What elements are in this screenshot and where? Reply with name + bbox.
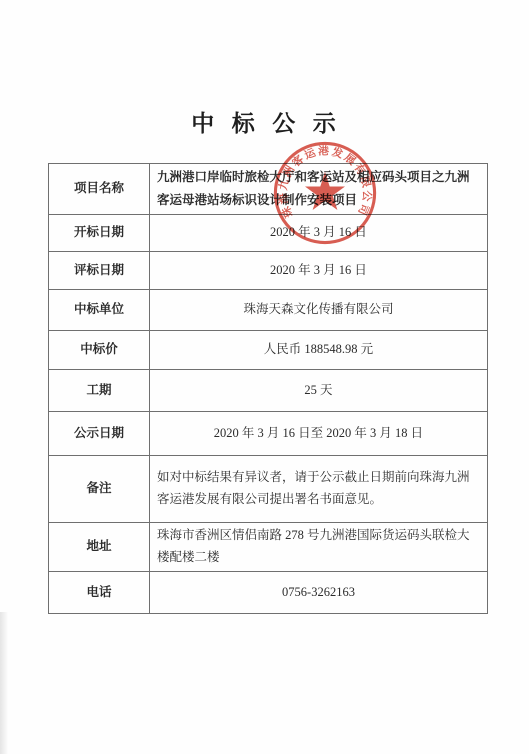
row-label: 项目名称 bbox=[49, 164, 150, 215]
row-value: 2020 年 3 月 16 日 bbox=[150, 252, 488, 290]
table-row-address: 地址 珠海市香洲区情侣南路 278 号九洲港国际货运码头联检大楼配楼二楼 bbox=[49, 523, 488, 572]
row-value: 珠海市香洲区情侣南路 278 号九洲港国际货运码头联检大楼配楼二楼 bbox=[150, 523, 488, 572]
row-label: 公示日期 bbox=[49, 412, 150, 456]
row-label: 地址 bbox=[49, 523, 150, 572]
row-value: 2020 年 3 月 16 日至 2020 年 3 月 18 日 bbox=[150, 412, 488, 456]
row-value: 2020 年 3 月 16 日 bbox=[150, 215, 488, 252]
row-value: 如对中标结果有异议者，请于公示截止日期前向珠海九洲客运港发展有限公司提出署名书面… bbox=[150, 456, 488, 523]
row-value: 九洲港口岸临时旅检大厅和客运站及相应码头项目之九洲客运母港站场标识设计制作安装项… bbox=[150, 164, 488, 215]
scan-edge-artifact bbox=[0, 612, 8, 754]
table-row-winning-price: 中标价 人民币 188548.98 元 bbox=[49, 331, 488, 370]
table-row-duration: 工期 25 天 bbox=[49, 370, 488, 412]
row-label: 电话 bbox=[49, 572, 150, 614]
table-row-project-name: 项目名称 九洲港口岸临时旅检大厅和客运站及相应码头项目之九洲客运母港站场标识设计… bbox=[49, 164, 488, 215]
row-value: 珠海天森文化传播有限公司 bbox=[150, 290, 488, 331]
table-row-remarks: 备注 如对中标结果有异议者，请于公示截止日期前向珠海九洲客运港发展有限公司提出署… bbox=[49, 456, 488, 523]
bid-announcement-table: 项目名称 九洲港口岸临时旅检大厅和客运站及相应码头项目之九洲客运母港站场标识设计… bbox=[48, 163, 488, 614]
row-label: 中标价 bbox=[49, 331, 150, 370]
page-title: 中 标 公 示 bbox=[0, 105, 529, 138]
table-row-announcement-period: 公示日期 2020 年 3 月 16 日至 2020 年 3 月 18 日 bbox=[49, 412, 488, 456]
table-row-winning-bidder: 中标单位 珠海天森文化传播有限公司 bbox=[49, 290, 488, 331]
row-label: 开标日期 bbox=[49, 215, 150, 252]
row-label: 评标日期 bbox=[49, 252, 150, 290]
table-row-bid-opening-date: 开标日期 2020 年 3 月 16 日 bbox=[49, 215, 488, 252]
row-value: 人民币 188548.98 元 bbox=[150, 331, 488, 370]
row-label: 工期 bbox=[49, 370, 150, 412]
table-row-phone: 电话 0756-3262163 bbox=[49, 572, 488, 614]
document-page: 中 标 公 示 项目名称 九洲港口岸临时旅检大厅和客运站及相应码头项目之九洲客运… bbox=[0, 0, 529, 754]
row-value: 0756-3262163 bbox=[150, 572, 488, 614]
row-value: 25 天 bbox=[150, 370, 488, 412]
row-label: 备注 bbox=[49, 456, 150, 523]
row-label: 中标单位 bbox=[49, 290, 150, 331]
table-row-bid-evaluation-date: 评标日期 2020 年 3 月 16 日 bbox=[49, 252, 488, 290]
